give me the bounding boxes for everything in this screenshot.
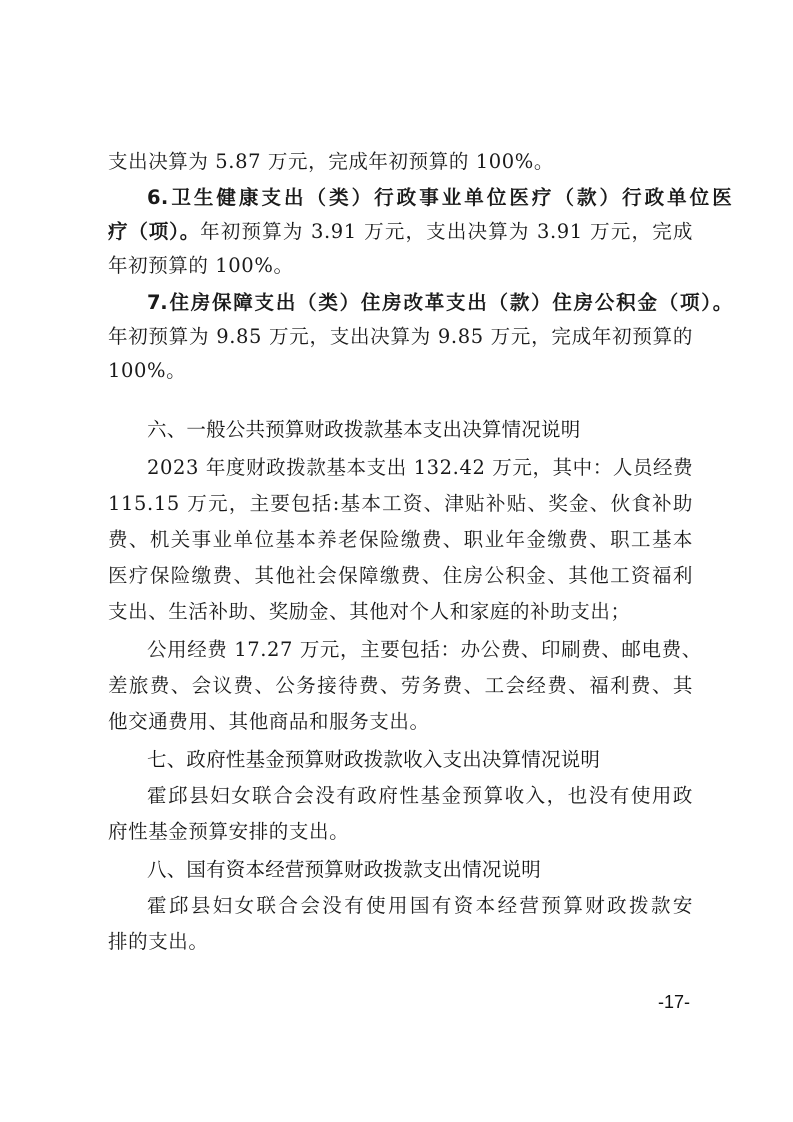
item-7-heading: 7.住房保障支出（类）住房改革支出（款）住房公积金（项）。: [147, 290, 732, 316]
item-6-heading-tail: 疗（项）。: [108, 220, 200, 243]
section-7-heading: 七、政府性基金预算财政拨款收入支出决算情况说明: [147, 747, 732, 773]
paragraph-line: 费、机关事业单位基本养老保险缴费、职业年金缴费、职工基本: [108, 527, 693, 553]
paragraph-line: 府性基金预算安排的支出。: [108, 819, 693, 845]
paragraph-line: 2023 年度财政拨款基本支出 132.42 万元，其中：人员经费: [147, 455, 693, 481]
paragraph-line: 霍邱县妇女联合会没有政府性基金预算收入，也没有使用政: [147, 783, 693, 809]
item-6-detail-text: 年初预算为 3.91 万元，支出决算为 3.91 万元，完成: [200, 220, 693, 243]
paragraph-line: 年初预算的 100%。: [108, 253, 693, 279]
paragraph-line: 年初预算为 9.85 万元，支出决算为 9.85 万元，完成年初预算的: [108, 324, 693, 350]
section-6-heading: 六、一般公共预算财政拨款基本支出决算情况说明: [147, 417, 732, 443]
paragraph-line: 100%。: [108, 358, 693, 384]
paragraph-line: 支出、生活补助、奖励金、其他对个人和家庭的补助支出；: [108, 599, 693, 625]
paragraph-line: 霍邱县妇女联合会没有使用国有资本经营预算财政拨款安: [147, 893, 693, 919]
item-6-detail-line: 疗（项）。年初预算为 3.91 万元，支出决算为 3.91 万元，完成: [108, 219, 693, 245]
item-6-heading: 6.卫生健康支出（类）行政事业单位医疗（款）行政单位医: [147, 185, 732, 211]
paragraph-line: 差旅费、会议费、公务接待费、劳务费、工会经费、福利费、其: [108, 673, 693, 699]
paragraph-line: 排的支出。: [108, 929, 693, 955]
paragraph-line: 支出决算为 5.87 万元，完成年初预算的 100%。: [108, 149, 693, 175]
paragraph-line: 公用经费 17.27 万元，主要包括：办公费、印刷费、邮电费、: [147, 637, 693, 663]
section-8-heading: 八、国有资本经营预算财政拨款支出情况说明: [147, 857, 732, 883]
document-page: 支出决算为 5.87 万元，完成年初预算的 100%。 6.卫生健康支出（类）行…: [0, 0, 793, 1122]
paragraph-line: 医疗保险缴费、其他社会保障缴费、住房公积金、其他工资福利: [108, 563, 693, 589]
paragraph-line: 他交通费用、其他商品和服务支出。: [108, 709, 693, 735]
page-number: -17-: [658, 992, 690, 1013]
paragraph-line: 115.15 万元，主要包括:基本工资、津贴补贴、奖金、伙食补助: [108, 491, 693, 517]
